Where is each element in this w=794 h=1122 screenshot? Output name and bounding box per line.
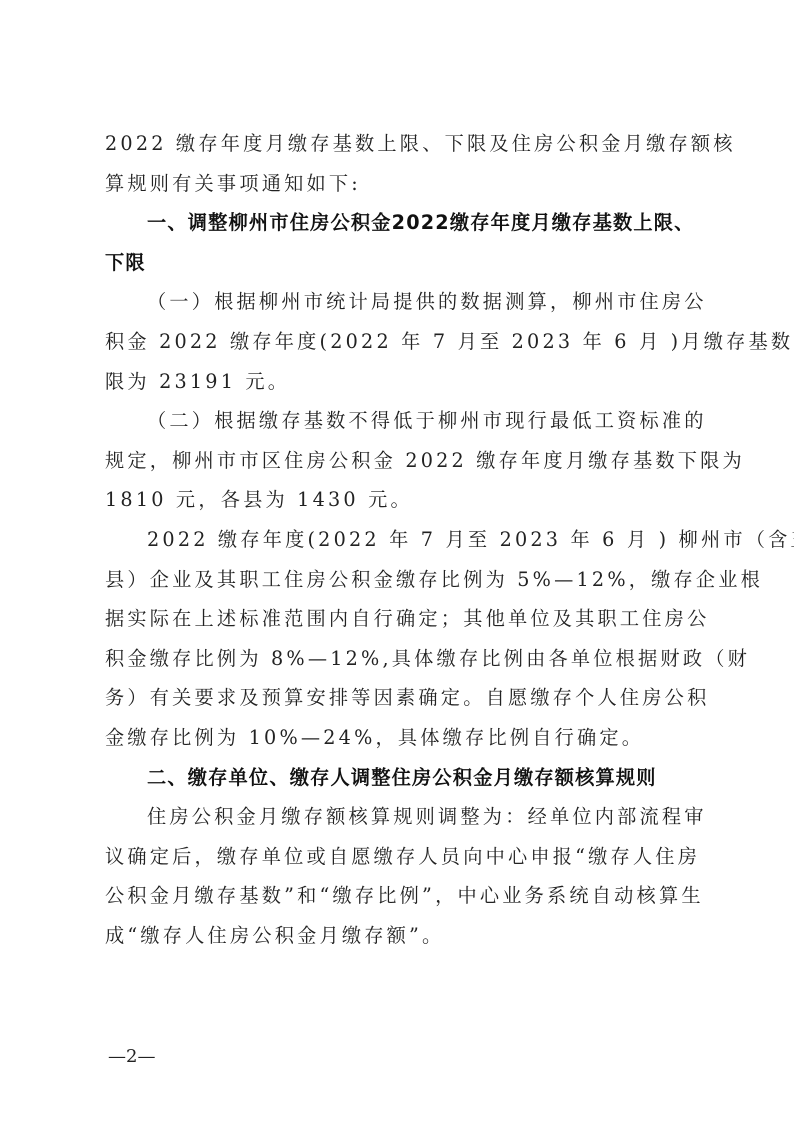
section-heading-2: 二、缴存单位、缴存人调整住房公积金月缴存额核算规则: [105, 758, 691, 798]
paragraph-line: 算规则有关事项通知如下:: [105, 164, 691, 204]
paragraph-line: 1810 元，各县为 1430 元。: [105, 480, 691, 520]
paragraph-line: 金缴存比例为 10%—24%，具体缴存比例自行确定。: [105, 718, 691, 758]
paragraph-line: 2022 缴存年度(2022 年 7 月至 2023 年 6 月 ) 柳州市（含…: [105, 520, 691, 560]
paragraph-line: （一）根据柳州市统计局提供的数据测算，柳州市住房公: [105, 282, 691, 322]
paragraph-line: 积金 2022 缴存年度(2022 年 7 月至 2023 年 6 月 )月缴存…: [105, 322, 691, 362]
paragraph-line: 规定，柳州市市区住房公积金 2022 缴存年度月缴存基数下限为: [105, 441, 691, 481]
page-number: —2—: [108, 1046, 155, 1067]
paragraph-line: （二）根据缴存基数不得低于柳州市现行最低工资标准的: [105, 401, 691, 441]
section-heading-1-cont: 下限: [105, 243, 691, 283]
paragraph-line: 2022 缴存年度月缴存基数上限、下限及住房公积金月缴存额核: [105, 124, 691, 164]
paragraph-line: 议确定后，缴存单位或自愿缴存人员向中心申报“缴存人住房: [105, 837, 691, 877]
paragraph-line: 务）有关要求及预算安排等因素确定。自愿缴存个人住房公积: [105, 678, 691, 718]
document-page: 2022 缴存年度月缴存基数上限、下限及住房公积金月缴存额核 算规则有关事项通知…: [105, 124, 691, 955]
paragraph-line: 据实际在上述标准范围内自行确定；其他单位及其职工住房公: [105, 599, 691, 639]
section-heading-1: 一、调整柳州市住房公积金2022缴存年度月缴存基数上限、: [105, 203, 691, 243]
paragraph-line: 公积金月缴存基数”和“缴存比例”，中心业务系统自动核算生: [105, 876, 691, 916]
paragraph-line: 限为 23191 元。: [105, 362, 691, 402]
paragraph-line: 成“缴存人住房公积金月缴存额”。: [105, 916, 691, 956]
paragraph-line: 积金缴存比例为 8%—12%,具体缴存比例由各单位根据财政（财: [105, 639, 691, 679]
paragraph-line: 住房公积金月缴存额核算规则调整为：经单位内部流程审: [105, 797, 691, 837]
paragraph-line: 县）企业及其职工住房公积金缴存比例为 5%—12%，缴存企业根: [105, 560, 691, 600]
